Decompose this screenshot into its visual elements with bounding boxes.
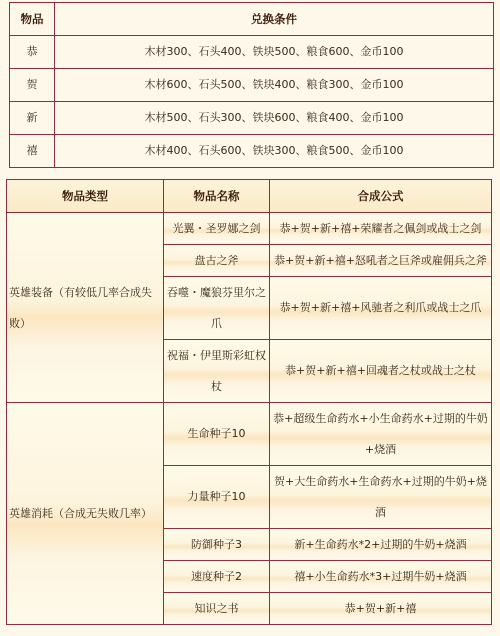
formula-cell: 恭+超级生命药水+小生命药水+过期的牛奶+烧酒 xyxy=(270,403,492,466)
table-row: 恭 木材300、石头400、铁块500、粮食600、金币100 xyxy=(10,36,494,69)
name-cell: 生命种子10 xyxy=(164,403,270,466)
header-formula: 合成公式 xyxy=(270,180,492,213)
table-row: 禧 木材400、石头600、铁块300、粮食500、金币100 xyxy=(10,135,494,168)
condition-cell: 木材400、石头600、铁块300、粮食500、金币100 xyxy=(55,135,494,168)
item-cell: 新 xyxy=(10,102,55,135)
exchange-table: 物品 兑换条件 恭 木材300、石头400、铁块500、粮食600、金币100 … xyxy=(9,2,494,168)
header-item: 物品 xyxy=(10,3,55,36)
name-cell: 防御种子3 xyxy=(164,529,270,561)
item-cell: 恭 xyxy=(10,36,55,69)
header-type: 物品类型 xyxy=(7,180,164,213)
table-row: 贺 木材600、石头500、铁块400、粮食300、金币100 xyxy=(10,69,494,102)
formula-cell: 贺+大生命药水+生命药水+过期的牛奶+烧酒 xyxy=(270,466,492,529)
formula-cell: 禧+小生命药水*3+过期牛奶+烧酒 xyxy=(270,561,492,593)
item-cell: 贺 xyxy=(10,69,55,102)
table-row: 新 木材500、石头300、铁块600、粮食400、金币100 xyxy=(10,102,494,135)
table-row: 英雄消耗（合成无失败几率） 生命种子10 恭+超级生命药水+小生命药水+过期的牛… xyxy=(7,403,492,466)
name-cell: 吞噬・魔狼芬里尔之爪 xyxy=(164,277,270,340)
synthesis-header-row: 物品类型 物品名称 合成公式 xyxy=(7,180,492,213)
formula-cell: 恭+贺+新+禧+回魂者之杖或战士之杖 xyxy=(270,340,492,403)
exchange-header-row: 物品 兑换条件 xyxy=(10,3,494,36)
synthesis-table: 物品类型 物品名称 合成公式 英雄装备（有较低几率合成失败） 光翼・圣罗娜之剑 … xyxy=(6,179,492,625)
name-cell: 速度种子2 xyxy=(164,561,270,593)
item-cell: 禧 xyxy=(10,135,55,168)
condition-cell: 木材500、石头300、铁块600、粮食400、金币100 xyxy=(55,102,494,135)
name-cell: 光翼・圣罗娜之剑 xyxy=(164,213,270,245)
type-cell: 英雄消耗（合成无失败几率） xyxy=(7,403,164,625)
condition-cell: 木材300、石头400、铁块500、粮食600、金币100 xyxy=(55,36,494,69)
type-cell: 英雄装备（有较低几率合成失败） xyxy=(7,213,164,403)
header-condition: 兑换条件 xyxy=(55,3,494,36)
name-cell: 力量种子10 xyxy=(164,466,270,529)
formula-cell: 恭+贺+新+禧+风驰者之利爪或战士之爪 xyxy=(270,277,492,340)
table-row: 英雄装备（有较低几率合成失败） 光翼・圣罗娜之剑 恭+贺+新+禧+荣耀者之佩剑或… xyxy=(7,213,492,245)
formula-cell: 新+生命药水*2+过期的牛奶+烧酒 xyxy=(270,529,492,561)
name-cell: 祝福・伊里斯彩虹权杖 xyxy=(164,340,270,403)
header-name: 物品名称 xyxy=(164,180,270,213)
formula-cell: 恭+贺+新+禧+荣耀者之佩剑或战士之剑 xyxy=(270,213,492,245)
condition-cell: 木材600、石头500、铁块400、粮食300、金币100 xyxy=(55,69,494,102)
name-cell: 盘古之斧 xyxy=(164,245,270,277)
formula-cell: 恭+贺+新+禧+怒吼者之巨斧或雇佣兵之斧 xyxy=(270,245,492,277)
formula-cell: 恭+贺+新+禧 xyxy=(270,593,492,625)
name-cell: 知识之书 xyxy=(164,593,270,625)
